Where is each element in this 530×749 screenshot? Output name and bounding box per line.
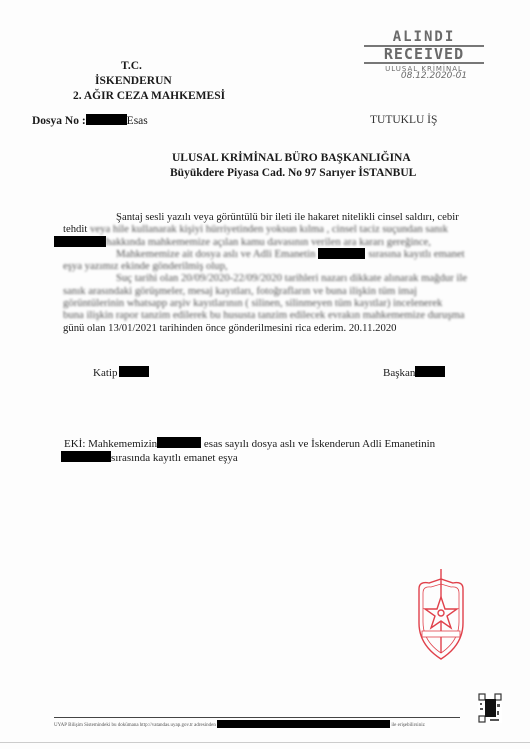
stamp-line2: RECEIVED (364, 45, 484, 64)
kriminal-emblem-icon (411, 567, 471, 662)
clerk-signature: Katip (93, 366, 149, 379)
body-text-blurred: veya hile kullanarak kişiyi hürriyetinde… (87, 223, 448, 235)
president-signature: Başkan (383, 366, 445, 379)
body-line: buna ilişkin rapor tanzim edilerek bu hu… (63, 309, 507, 321)
redaction-bar (318, 248, 365, 259)
body-line: Mahkememize ait dosya aslı ve Adli Emane… (63, 248, 507, 260)
body-line: sanık arasındaki görüşmeler, mesaj kayıt… (63, 285, 507, 297)
body-line: günü olan 13/01/2021 tarihinden önce gön… (63, 322, 507, 334)
attachment-text: EKİ: Mahkememizin (64, 438, 157, 450)
redaction-bar (157, 437, 201, 448)
letter-body: Şantaj sesli yazılı veya görüntülü bir i… (63, 211, 507, 334)
stamp-line1: ALINDI (364, 30, 484, 45)
attachment-text: esas sayılı dosya aslı ve İskenderun Adl… (201, 438, 435, 450)
body-line: tehdit veya hile kullanarak kişiyi hürri… (63, 223, 507, 235)
redaction-bar (86, 114, 127, 125)
body-text-blurred: Mahkememize ait dosya aslı ve Adli Emane… (116, 248, 315, 260)
footer-text: ile erişebilirsiniz (391, 723, 424, 728)
file-number-suffix: Esas (127, 115, 148, 127)
footer-divider (54, 717, 460, 718)
attachment-line: EKİ: Mahkememizin esas sayılı dosya aslı… (64, 437, 435, 451)
body-line: Şantaj sesli yazılı veya görüntülü bir i… (63, 211, 507, 223)
qr-code-icon[interactable] (478, 693, 502, 723)
addressee-name: ULUSAL KRİMİNAL BÜRO BAŞKANLIĞINA (172, 152, 411, 164)
attachment-note: EKİ: Mahkememizin esas sayılı dosya aslı… (64, 437, 435, 465)
file-number: Dosya No :Esas (32, 114, 148, 127)
body-text-blurred: hakkında mahkememize açılan kamu davasın… (106, 236, 431, 248)
received-stamp: ALINDI RECEIVED ULUSAL KRİMİNAL 08.12.20… (364, 30, 484, 81)
redaction-bar (119, 366, 149, 377)
footer-uyap-note: UYAP Bilişim Sistemindeki bu dokümana ht… (54, 720, 425, 728)
redaction-bar (217, 720, 390, 728)
detention-status: TUTUKLU İŞ (370, 114, 437, 126)
body-line: hakkında mahkememize açılan kamu davasın… (63, 236, 507, 248)
header-city: İSKENDERUN (95, 75, 172, 87)
redaction-bar (54, 236, 106, 247)
body-line: eşya yazımız ekinde gönderilmiş olup, (63, 260, 507, 272)
body-line: Suç tarihi olan 20/09/2020-22/09/2020 ta… (63, 272, 507, 284)
attachment-text: sırasında kayıtlı emanet eşya (111, 452, 238, 464)
redaction-bar (61, 451, 111, 462)
president-label: Başkan (383, 367, 415, 379)
attachment-line: sırasında kayıtlı emanet eşya (64, 451, 435, 465)
addressee-address: Büyükdere Piyasa Cad. No 97 Sarıyer İSTA… (170, 167, 416, 179)
body-line: görüntülerinin whatsapp arşiv kayıtların… (63, 297, 507, 309)
scan-edge-line (0, 742, 530, 743)
footer-text: UYAP Bilişim Sistemindeki bu dokümana ht… (54, 723, 216, 728)
body-text-blurred: sırasına kayıtlı emanet (368, 248, 464, 260)
redaction-bar (415, 366, 445, 377)
header-tc: T.C. (121, 60, 142, 72)
clerk-label: Katip (93, 367, 117, 379)
file-number-label: Dosya No : (32, 115, 86, 127)
body-text: tehdit (63, 223, 87, 235)
header-court: 2. AĞIR CEZA MAHKEMESİ (73, 90, 225, 102)
